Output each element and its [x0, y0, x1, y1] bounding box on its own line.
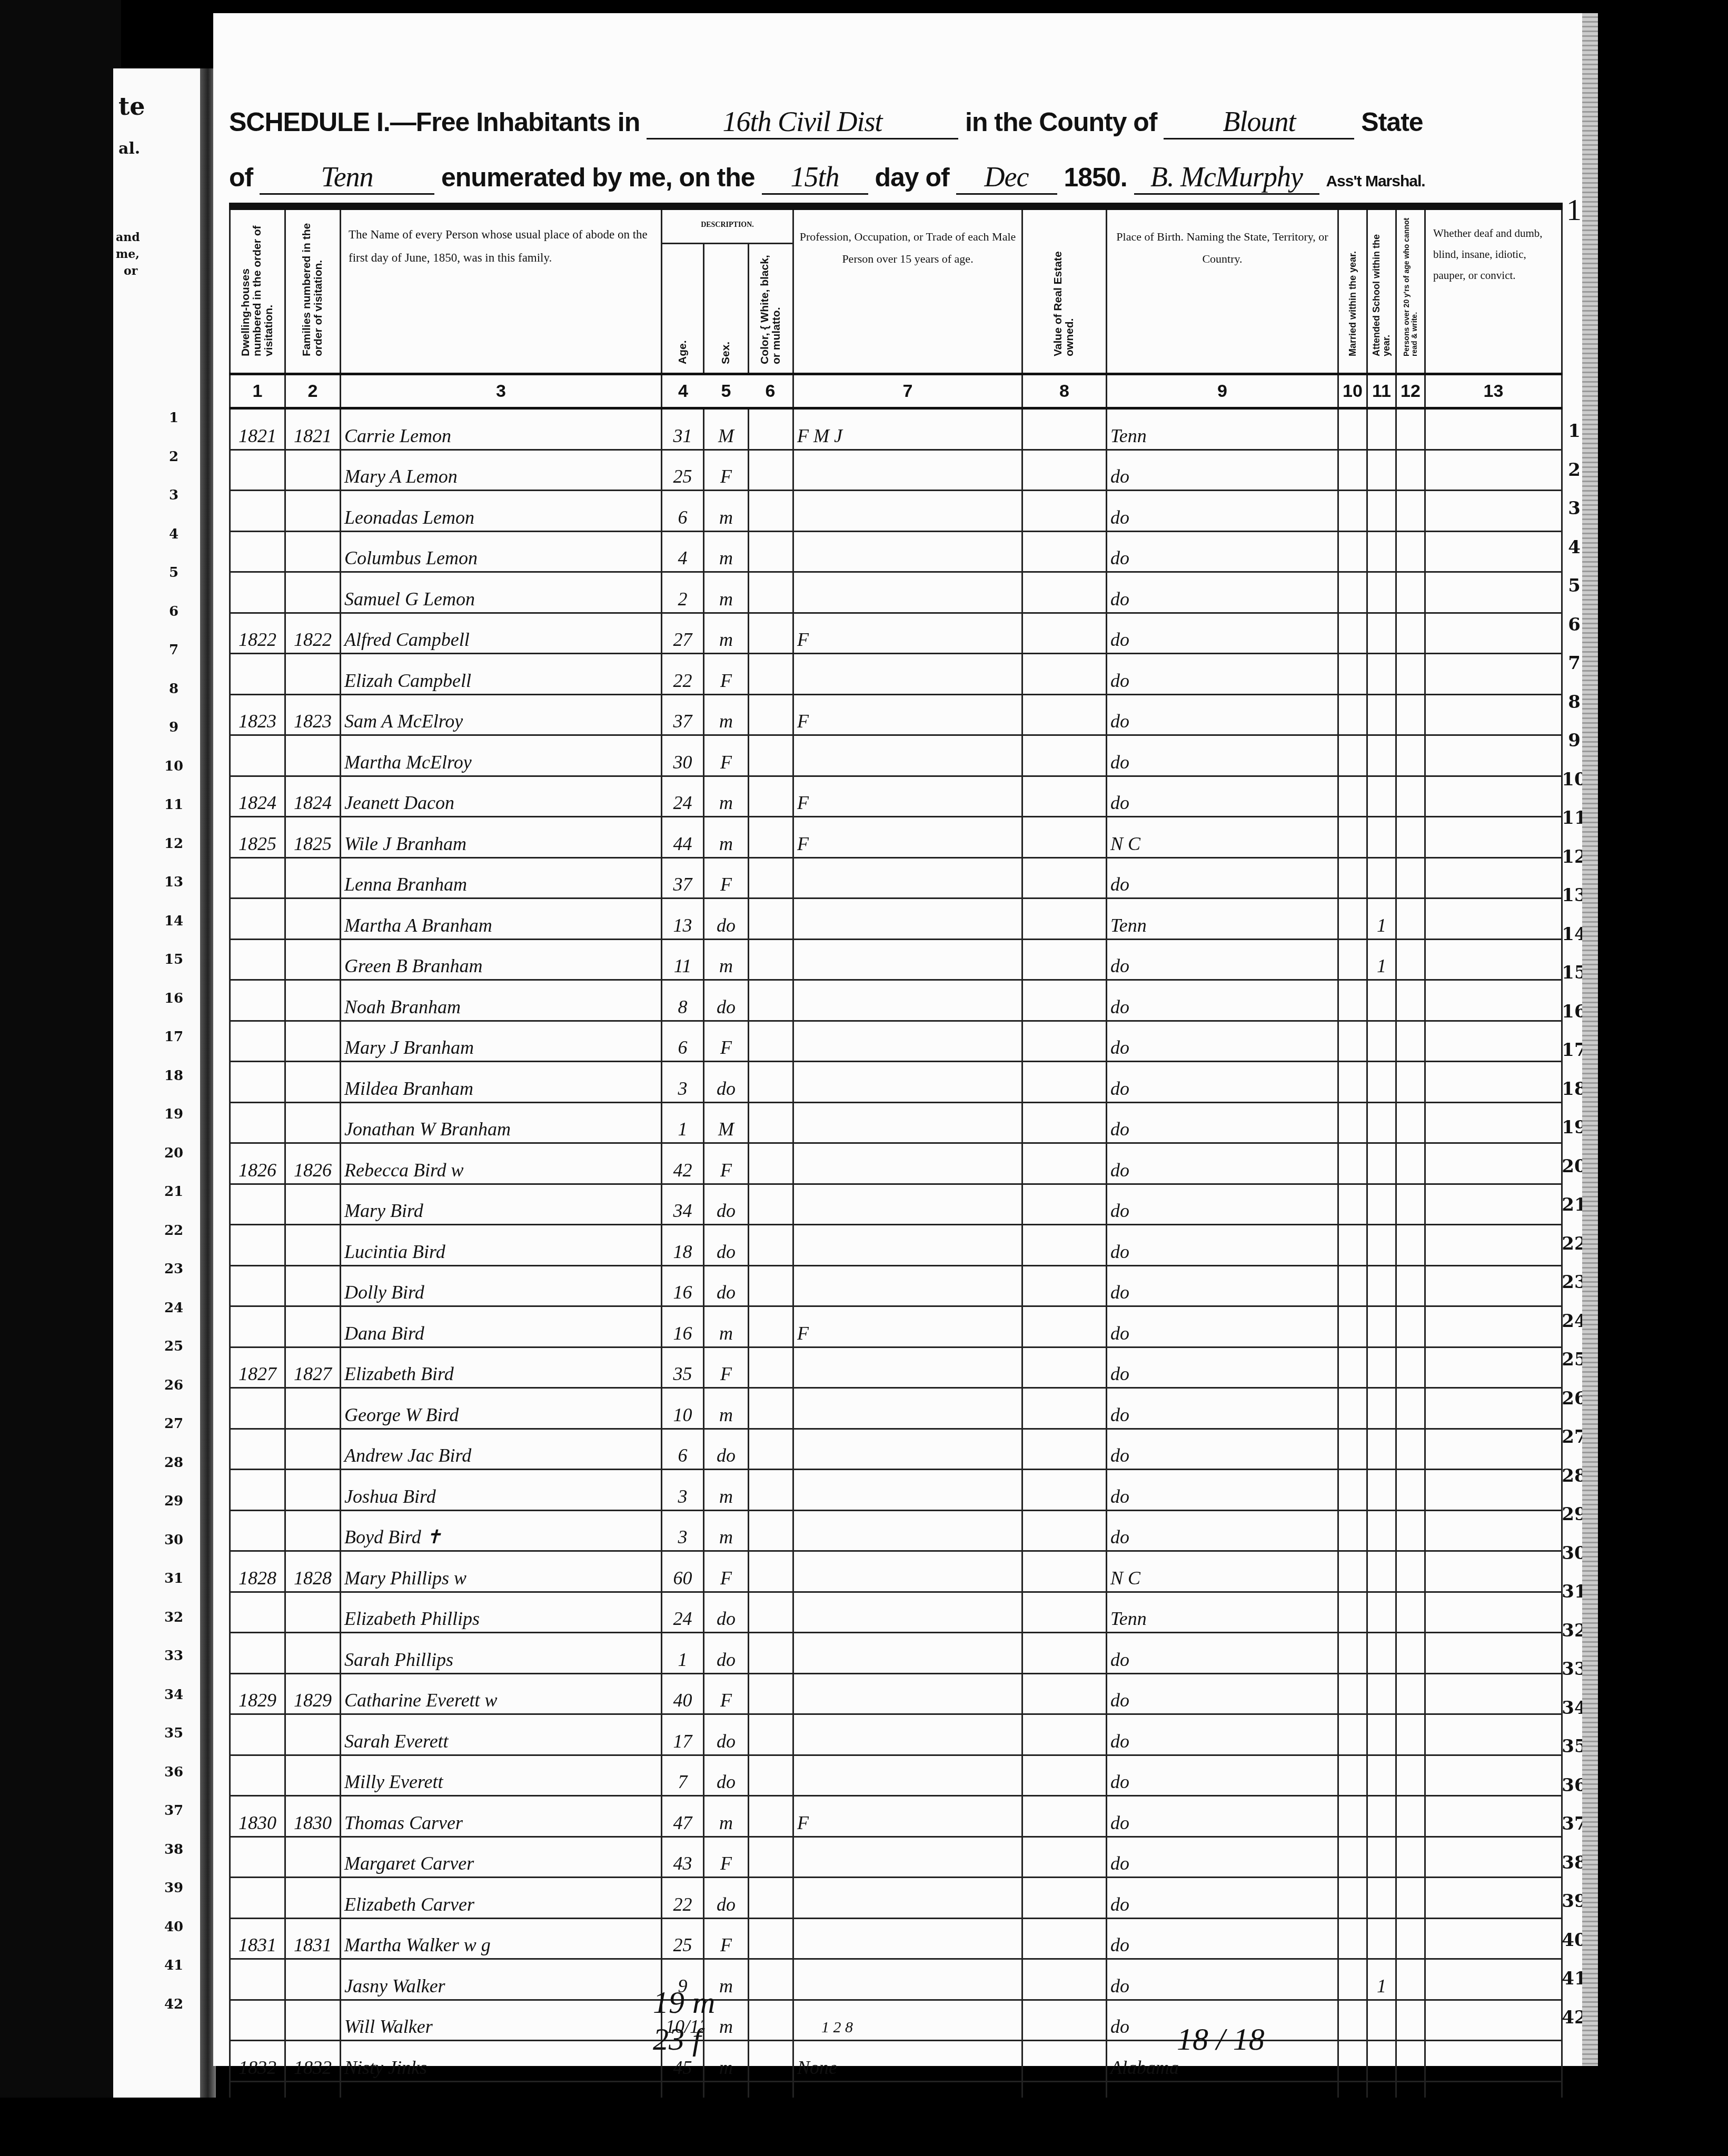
- person-name: Sarah Phillips: [341, 1633, 662, 1674]
- real-estate-cell: [1022, 1755, 1107, 1796]
- dwelling-number: [230, 2000, 285, 2041]
- col-header-description: DESCRIPTION. Age. Sex. Color, { White, b…: [662, 206, 793, 374]
- condition-cell: [1425, 1551, 1562, 1592]
- real-estate-cell: [1022, 1062, 1107, 1103]
- family-number: 1824: [285, 776, 341, 817]
- person-name: Elizabeth Carver: [341, 1878, 662, 1919]
- family-number: 1827: [285, 1347, 341, 1388]
- color-cell: [749, 1796, 793, 1837]
- line-number-left: 3: [161, 487, 187, 503]
- table-row: Mary A Lemon25Fdo: [230, 450, 1562, 491]
- occupation-cell: [793, 939, 1022, 980]
- school-cell: [1367, 654, 1396, 695]
- day-of-label: day of: [875, 163, 949, 192]
- birthplace-cell: do: [1107, 939, 1338, 980]
- real-estate-cell: [1022, 939, 1107, 980]
- illiterate-cell: [1396, 980, 1425, 1021]
- illiterate-cell: [1396, 654, 1425, 695]
- color-cell: [749, 613, 793, 654]
- person-name: George W Bird: [341, 1388, 662, 1429]
- condition-cell: [1425, 1755, 1562, 1796]
- married-cell: [1338, 694, 1367, 735]
- occupation-cell: F: [793, 776, 1022, 817]
- school-cell: [1367, 1429, 1396, 1470]
- real-estate-cell: [1022, 1021, 1107, 1062]
- sex-cell: F: [704, 1551, 749, 1592]
- color-cell: [749, 694, 793, 735]
- real-estate-cell: [1022, 491, 1107, 532]
- table-row: Noah Branham8dodo: [230, 980, 1562, 1021]
- real-estate-cell: [1022, 531, 1107, 572]
- occupation-cell: [793, 1510, 1022, 1551]
- line-number-left: 18: [161, 1068, 187, 1084]
- condition-cell: [1425, 654, 1562, 695]
- illiterate-cell: [1396, 1918, 1425, 1959]
- table-row: George W Bird10mdo: [230, 1388, 1562, 1429]
- birthplace-cell: do: [1107, 1184, 1338, 1225]
- illiterate-cell: [1396, 735, 1425, 776]
- sex-cell: m: [704, 1306, 749, 1347]
- column-numbers: 1 2 3 4 5 6 7 8 9 10 11 12 13: [230, 374, 1562, 408]
- age-cell: 30: [662, 735, 704, 776]
- married-cell: [1338, 408, 1367, 450]
- age-cell: 47: [662, 1796, 704, 1837]
- sex-cell: m: [704, 1470, 749, 1511]
- occupation-cell: F: [793, 694, 1022, 735]
- real-estate-cell: [1022, 572, 1107, 613]
- dwelling-number: [230, 531, 285, 572]
- sex-cell: do: [704, 899, 749, 940]
- birthplace-cell: do: [1107, 1225, 1338, 1266]
- tally-note: 1 2 8: [821, 2019, 853, 2037]
- condition-cell: [1425, 1306, 1562, 1347]
- census-table: Dwelling-houses numbered in the order of…: [229, 203, 1563, 2123]
- school-cell: [1367, 1143, 1396, 1184]
- family-number: [285, 572, 341, 613]
- sex-cell: m: [704, 531, 749, 572]
- real-estate-cell: [1022, 1836, 1107, 1878]
- table-row: Sarah Phillips1dodo: [230, 1633, 1562, 1674]
- color-cell: [749, 735, 793, 776]
- person-name: Lucintia Bird: [341, 1225, 662, 1266]
- school-cell: [1367, 1021, 1396, 1062]
- illiterate-cell: [1396, 1306, 1425, 1347]
- table-row: 18291829Catharine Everett w40Fdo: [230, 1673, 1562, 1714]
- married-cell: [1338, 735, 1367, 776]
- birthplace-cell: do: [1107, 1796, 1338, 1837]
- illiterate-cell: [1396, 2000, 1425, 2041]
- condition-cell: [1425, 2041, 1562, 2082]
- dwelling-number: [230, 857, 285, 899]
- condition-cell: [1425, 1062, 1562, 1103]
- marshal-signature: B. McMurphy: [1134, 161, 1319, 195]
- birthplace-cell: do: [1107, 1347, 1338, 1388]
- age-cell: 25: [662, 1918, 704, 1959]
- line-number-left: 16: [161, 991, 187, 1006]
- line-number-left: 8: [161, 681, 187, 697]
- occupation-cell: [793, 1551, 1022, 1592]
- school-cell: [1367, 1878, 1396, 1919]
- age-cell: 1: [662, 1102, 704, 1143]
- color-cell: [749, 857, 793, 899]
- table-row: Sarah Everett17dodo: [230, 1714, 1562, 1755]
- condition-cell: [1425, 1347, 1562, 1388]
- person-name: Dolly Bird: [341, 1265, 662, 1306]
- condition-cell: [1425, 572, 1562, 613]
- school-cell: 1: [1367, 899, 1396, 940]
- line-number-left: 11: [161, 797, 187, 813]
- dwelling-number: [230, 980, 285, 1021]
- col-num: 1: [230, 374, 285, 408]
- color-cell: [749, 1551, 793, 1592]
- col-header-age: Age.: [677, 248, 689, 364]
- school-cell: [1367, 1347, 1396, 1388]
- col-num: 8: [1022, 374, 1107, 408]
- person-name: Mary Bird: [341, 1184, 662, 1225]
- condition-cell: [1425, 450, 1562, 491]
- real-estate-cell: [1022, 2041, 1107, 2082]
- school-cell: [1367, 1388, 1396, 1429]
- line-number-left: 27: [161, 1416, 187, 1432]
- person-name: Wile J Branham: [341, 817, 662, 858]
- age-cell: 22: [662, 1878, 704, 1919]
- married-cell: [1338, 1633, 1367, 1674]
- birthplace-cell: do: [1107, 654, 1338, 695]
- person-name: Thomas Carver: [341, 1796, 662, 1837]
- family-number: [285, 1633, 341, 1674]
- sex-cell: do: [704, 1429, 749, 1470]
- married-cell: [1338, 1225, 1367, 1266]
- occupation-cell: F: [793, 1306, 1022, 1347]
- table-row: Elizabeth Phillips24doTenn: [230, 1592, 1562, 1633]
- sex-cell: m: [704, 613, 749, 654]
- dwelling-number: [230, 1184, 285, 1225]
- age-cell: 6: [662, 491, 704, 532]
- tally-female: 23 f: [653, 2021, 701, 2058]
- line-number-left: 4: [161, 526, 187, 542]
- school-cell: [1367, 1265, 1396, 1306]
- real-estate-cell: [1022, 817, 1107, 858]
- table-row: Andrew Jac Bird6dodo: [230, 1429, 1562, 1470]
- sex-cell: m: [704, 1510, 749, 1551]
- birthplace-cell: do: [1107, 857, 1338, 899]
- sex-cell: do: [704, 1878, 749, 1919]
- married-cell: [1338, 1388, 1367, 1429]
- birthplace-cell: Tenn: [1107, 408, 1338, 450]
- illiterate-cell: [1396, 1021, 1425, 1062]
- married-cell: [1338, 1592, 1367, 1633]
- line-number-left: 23: [161, 1261, 187, 1277]
- occupation-cell: [793, 1143, 1022, 1184]
- condition-cell: [1425, 613, 1562, 654]
- illiterate-cell: [1396, 1510, 1425, 1551]
- schedule-label: SCHEDULE I.—Free Inhabitants in: [229, 107, 640, 137]
- color-cell: [749, 817, 793, 858]
- real-estate-cell: [1022, 1796, 1107, 1837]
- table-row: 18241824Jeanett Dacon24mFdo: [230, 776, 1562, 817]
- family-number: [285, 939, 341, 980]
- state-field: Tenn: [260, 161, 434, 195]
- married-cell: [1338, 1470, 1367, 1511]
- col-header-birthplace: Place of Birth. Naming the State, Territ…: [1107, 206, 1338, 374]
- fragment-text: me,: [116, 247, 140, 261]
- tally-right: 18 / 18: [1177, 2021, 1265, 2058]
- col-num: 3: [341, 374, 662, 408]
- person-name: Martha A Branham: [341, 899, 662, 940]
- sex-cell: m: [704, 939, 749, 980]
- illiterate-cell: [1396, 1062, 1425, 1103]
- line-number-left: 29: [161, 1493, 187, 1509]
- illiterate-cell: [1396, 817, 1425, 858]
- condition-cell: [1425, 1673, 1562, 1714]
- occupation-cell: [793, 735, 1022, 776]
- illiterate-cell: [1396, 694, 1425, 735]
- color-cell: [749, 1878, 793, 1919]
- family-number: 1829: [285, 1673, 341, 1714]
- condition-cell: [1425, 1021, 1562, 1062]
- line-number-left: 35: [161, 1725, 187, 1741]
- marshal-label: Ass't Marshal.: [1326, 173, 1425, 190]
- color-cell: [749, 1918, 793, 1959]
- occupation-cell: [793, 980, 1022, 1021]
- color-cell: [749, 1184, 793, 1225]
- birthplace-cell: do: [1107, 1470, 1338, 1511]
- illiterate-cell: [1396, 1184, 1425, 1225]
- dwelling-number: [230, 1388, 285, 1429]
- sex-cell: m: [704, 817, 749, 858]
- color-cell: [749, 776, 793, 817]
- married-cell: [1338, 1306, 1367, 1347]
- occupation-cell: [793, 1388, 1022, 1429]
- family-number: 1832: [285, 2041, 341, 2082]
- condition-cell: [1425, 408, 1562, 450]
- school-cell: [1367, 1592, 1396, 1633]
- person-name: Columbus Lemon: [341, 531, 662, 572]
- col-num: 2: [285, 374, 341, 408]
- color-cell: [749, 1062, 793, 1103]
- illiterate-cell: [1396, 899, 1425, 940]
- real-estate-cell: [1022, 654, 1107, 695]
- line-number-left: 30: [161, 1532, 187, 1548]
- line-number-left: 15: [161, 952, 187, 967]
- occupation-cell: [793, 899, 1022, 940]
- color-cell: [749, 1592, 793, 1633]
- occupation-cell: F: [793, 613, 1022, 654]
- occupation-cell: [793, 1062, 1022, 1103]
- married-cell: [1338, 654, 1367, 695]
- married-cell: [1338, 1796, 1367, 1837]
- line-number-left: 7: [161, 642, 187, 658]
- condition-cell: [1425, 1878, 1562, 1919]
- sex-cell: do: [704, 980, 749, 1021]
- birthplace-cell: Tenn: [1107, 899, 1338, 940]
- condition-cell: [1425, 1429, 1562, 1470]
- table-row: Jonathan W Branham1Mdo: [230, 1102, 1562, 1143]
- family-number: [285, 1102, 341, 1143]
- tally-male: 19 m: [653, 1984, 715, 2021]
- color-cell: [749, 1265, 793, 1306]
- person-name: Green B Branham: [341, 939, 662, 980]
- dwelling-number: [230, 450, 285, 491]
- sex-cell: F: [704, 1143, 749, 1184]
- married-cell: [1338, 491, 1367, 532]
- color-cell: [749, 980, 793, 1021]
- family-number: [285, 1184, 341, 1225]
- age-cell: 3: [662, 1470, 704, 1511]
- person-name: Mildea Branham: [341, 1062, 662, 1103]
- condition-cell: [1425, 1959, 1562, 2000]
- color-cell: [749, 1429, 793, 1470]
- person-name: Joshua Bird: [341, 1470, 662, 1511]
- scan-left-border: [0, 0, 121, 2156]
- table-row: Elizabeth Carver22dodo: [230, 1878, 1562, 1919]
- illiterate-cell: [1396, 1143, 1425, 1184]
- school-cell: [1367, 1102, 1396, 1143]
- illiterate-cell: [1396, 491, 1425, 532]
- color-cell: [749, 2000, 793, 2041]
- person-name: Andrew Jac Bird: [341, 1429, 662, 1470]
- illiterate-cell: [1396, 1673, 1425, 1714]
- real-estate-cell: [1022, 857, 1107, 899]
- sex-cell: F: [704, 735, 749, 776]
- age-cell: 37: [662, 694, 704, 735]
- real-estate-cell: [1022, 1633, 1107, 1674]
- real-estate-cell: [1022, 450, 1107, 491]
- school-cell: 1: [1367, 939, 1396, 980]
- dwelling-number: [230, 899, 285, 940]
- illiterate-cell: [1396, 939, 1425, 980]
- school-cell: [1367, 2000, 1396, 2041]
- condition-cell: [1425, 899, 1562, 940]
- birthplace-cell: do: [1107, 1265, 1338, 1306]
- condition-cell: [1425, 1714, 1562, 1755]
- dwelling-number: 1831: [230, 1918, 285, 1959]
- occupation-cell: [793, 1265, 1022, 1306]
- person-name: Jasny Walker: [341, 1959, 662, 2000]
- condition-cell: [1425, 1592, 1562, 1633]
- color-cell: [749, 1470, 793, 1511]
- county-field: Blount: [1164, 105, 1354, 139]
- sex-cell: m: [704, 776, 749, 817]
- family-number: 1825: [285, 817, 341, 858]
- color-cell: [749, 1306, 793, 1347]
- table-row: 18311831Martha Walker w g25Fdo: [230, 1918, 1562, 1959]
- color-cell: [749, 1755, 793, 1796]
- line-number-left: 21: [161, 1184, 187, 1200]
- family-number: [285, 1429, 341, 1470]
- color-cell: [749, 1388, 793, 1429]
- occupation-cell: [793, 1225, 1022, 1266]
- line-number-left: 26: [161, 1378, 187, 1393]
- color-cell: [749, 1225, 793, 1266]
- illiterate-cell: [1396, 450, 1425, 491]
- real-estate-cell: [1022, 1714, 1107, 1755]
- birthplace-cell: do: [1107, 980, 1338, 1021]
- birthplace-cell: do: [1107, 1878, 1338, 1919]
- occupation-cell: [793, 1673, 1022, 1714]
- sex-cell: M: [704, 1102, 749, 1143]
- dwelling-number: [230, 1714, 285, 1755]
- col-header-real-estate: Value of Real Estate owned.: [1022, 206, 1107, 374]
- person-name: Elizabeth Phillips: [341, 1592, 662, 1633]
- line-number-left: 31: [161, 1571, 187, 1586]
- sex-cell: F: [704, 654, 749, 695]
- married-cell: [1338, 1918, 1367, 1959]
- family-number: [285, 857, 341, 899]
- line-number-left: 10: [161, 758, 187, 774]
- line-number-left: 41: [161, 1958, 187, 1973]
- col-num: 7: [793, 374, 1022, 408]
- dwelling-number: [230, 1062, 285, 1103]
- age-cell: 6: [662, 1021, 704, 1062]
- person-name: Samuel G Lemon: [341, 572, 662, 613]
- school-cell: [1367, 572, 1396, 613]
- real-estate-cell: [1022, 1429, 1107, 1470]
- birthplace-cell: do: [1107, 1143, 1338, 1184]
- age-cell: 2: [662, 572, 704, 613]
- table-row: Margaret Carver43Fdo: [230, 1836, 1562, 1878]
- person-name: Catharine Everett w: [341, 1673, 662, 1714]
- table-row: 18221822Alfred Campbell27mFdo: [230, 613, 1562, 654]
- dwelling-number: [230, 1470, 285, 1511]
- person-name: Carrie Lemon: [341, 408, 662, 450]
- color-cell: [749, 1959, 793, 2000]
- table-row: 18271827Elizabeth Bird35Fdo: [230, 1347, 1562, 1388]
- line-number-left: 12: [161, 836, 187, 852]
- family-number: [285, 1388, 341, 1429]
- person-name: Will Walker: [341, 2000, 662, 2041]
- table-row: Martha McElroy30Fdo: [230, 735, 1562, 776]
- school-cell: [1367, 1306, 1396, 1347]
- occupation-cell: [793, 857, 1022, 899]
- table-row: Lucintia Bird18dodo: [230, 1225, 1562, 1266]
- occupation-cell: F: [793, 817, 1022, 858]
- table-row: 18251825Wile J Branham44mFN C: [230, 817, 1562, 858]
- col-num: 9: [1107, 374, 1338, 408]
- illiterate-cell: [1396, 1429, 1425, 1470]
- sex-cell: F: [704, 1347, 749, 1388]
- illiterate-cell: [1396, 1470, 1425, 1511]
- birthplace-cell: do: [1107, 1836, 1338, 1878]
- illiterate-cell: [1396, 1225, 1425, 1266]
- family-number: 1831: [285, 1918, 341, 1959]
- table-row: Joshua Bird3mdo: [230, 1470, 1562, 1511]
- real-estate-cell: [1022, 1388, 1107, 1429]
- person-name: Leonadas Lemon: [341, 491, 662, 532]
- birthplace-cell: do: [1107, 1714, 1338, 1755]
- condition-cell: [1425, 980, 1562, 1021]
- family-number: [285, 1714, 341, 1755]
- occupation-cell: [793, 1592, 1022, 1633]
- illiterate-cell: [1396, 1878, 1425, 1919]
- year-label: 1850.: [1064, 163, 1127, 192]
- real-estate-cell: [1022, 1592, 1107, 1633]
- line-number-left: 40: [161, 1919, 187, 1935]
- real-estate-cell: [1022, 2000, 1107, 2041]
- line-number-left: 38: [161, 1842, 187, 1858]
- family-number: [285, 980, 341, 1021]
- real-estate-cell: [1022, 899, 1107, 940]
- married-cell: [1338, 450, 1367, 491]
- real-estate-cell: [1022, 1102, 1107, 1143]
- dwelling-number: 1825: [230, 817, 285, 858]
- birthplace-cell: do: [1107, 776, 1338, 817]
- family-number: [285, 1878, 341, 1919]
- birthplace-cell: do: [1107, 1388, 1338, 1429]
- table-row: Mary Bird34dodo: [230, 1184, 1562, 1225]
- division-field: 16th Civil Dist: [647, 105, 958, 139]
- adjacent-page-fragment: te al. and me, or: [113, 68, 205, 2116]
